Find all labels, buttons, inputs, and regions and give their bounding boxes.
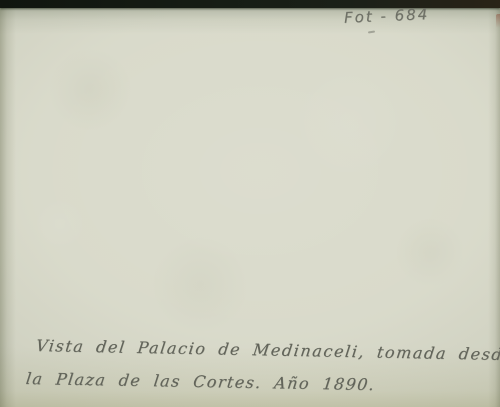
pencil-catalog-number: Fot - 684 [344,5,430,27]
right-edge-mark [496,14,500,28]
photo-verso-scan: Fot - 684 Vista del Palacio de Medinacel… [0,0,500,407]
